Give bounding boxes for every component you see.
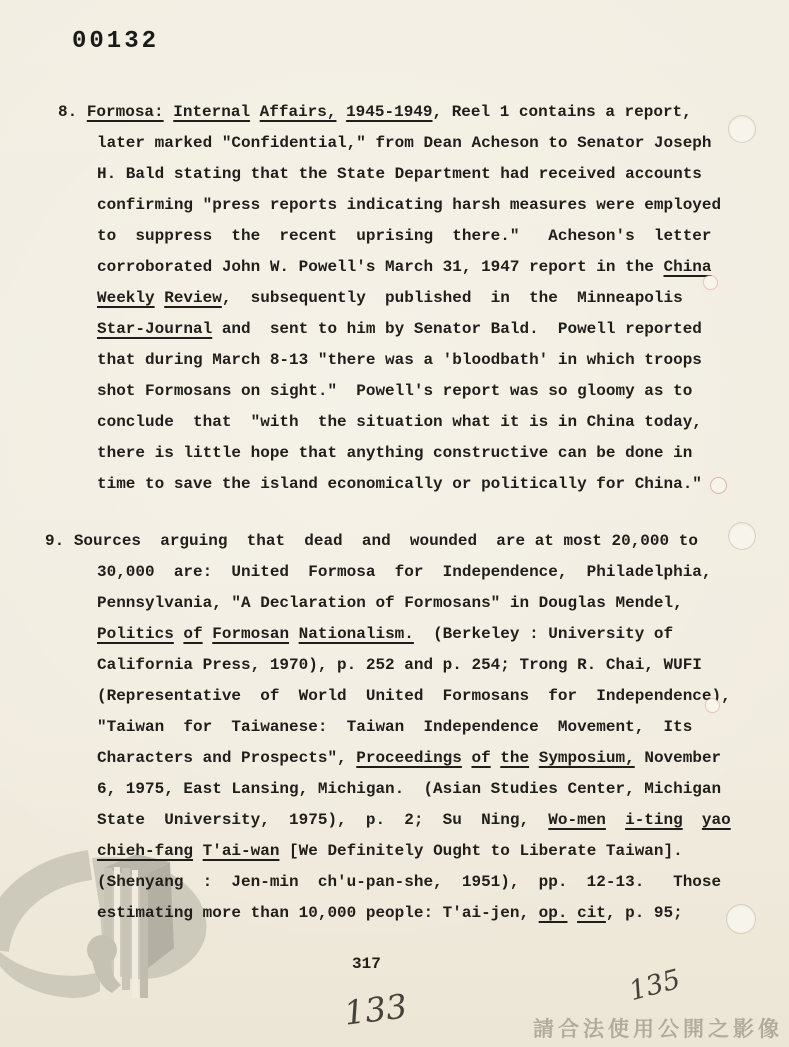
copyright-watermark-text: 請合法使用公開之影像 (533, 1013, 783, 1043)
text-line: California Press, 1970), p. 252 and p. 2… (45, 650, 748, 681)
text-line: Pennsylvania, "A Declaration of Formosan… (45, 588, 748, 619)
text-line: there is little hope that anything const… (58, 438, 748, 469)
endnote-8: 8. Formosa: Internal Affairs, 1945-1949,… (58, 97, 748, 500)
underlined-text: cit (577, 904, 606, 922)
underlined-text: the (500, 749, 529, 767)
text-line: that during March 8-13 "there was a 'blo… (58, 345, 748, 376)
text-line: Characters and Prospects", Proceedings o… (45, 743, 748, 774)
document-body: 8. Formosa: Internal Affairs, 1945-1949,… (58, 97, 748, 929)
text-segment (336, 103, 346, 121)
underlined-text: Proceedings (356, 749, 462, 767)
text-line: (Representative of World United Formosan… (45, 681, 748, 712)
text-segment: , Reel 1 contains a report, (433, 103, 692, 121)
text-line: corroborated John W. Powell's March 31, … (58, 252, 748, 283)
endnote-9: 9. Sources arguing that dead and wounded… (45, 526, 748, 929)
underlined-text: of (183, 625, 202, 643)
text-segment: Characters and Prospects", (97, 749, 356, 767)
underlined-text: yao (702, 811, 731, 829)
text-segment: that during March 8-13 "there was a 'blo… (97, 351, 702, 369)
underlined-text: Nationalism. (299, 625, 414, 643)
underlined-text: of (471, 749, 490, 767)
text-line: estimating more than 10,000 people: T'ai… (45, 898, 748, 929)
text-line: shot Formosans on sight." Powell's repor… (58, 376, 748, 407)
text-segment: State University, 1975), p. 2; Su Ning, (97, 811, 548, 829)
underlined-text: Formosan (212, 625, 289, 643)
text-segment: later marked "Confidential," from Dean A… (97, 134, 712, 152)
text-segment: shot Formosans on sight." Powell's repor… (97, 382, 692, 400)
text-segment (164, 103, 174, 121)
paper-flake (706, 699, 719, 712)
underlined-text: op. (539, 904, 568, 922)
text-segment: corroborated John W. Powell's March 31, … (97, 258, 664, 276)
text-segment: Pennsylvania, "A Declaration of Formosan… (97, 594, 683, 612)
text-segment: H. Bald stating that the State Departmen… (97, 165, 702, 183)
punch-hole (727, 905, 755, 933)
text-segment: "Taiwan for Taiwanese: Taiwan Independen… (97, 718, 692, 736)
text-segment: confirming "press reports indicating har… (97, 196, 721, 214)
text-segment (193, 842, 203, 860)
text-line: chieh-fang T'ai-wan [We Definitely Ought… (45, 836, 748, 867)
text-segment (203, 625, 213, 643)
text-line: H. Bald stating that the State Departmen… (58, 159, 748, 190)
underlined-text: Internal (173, 103, 250, 121)
punch-hole (729, 523, 755, 549)
underlined-text: Formosa: (87, 103, 164, 121)
underlined-text: Wo-men (548, 811, 606, 829)
text-segment: there is little hope that anything const… (97, 444, 692, 462)
text-segment (155, 289, 165, 307)
text-segment: time to save the island economically or … (97, 475, 702, 493)
underlined-text: 1945-1949 (346, 103, 432, 121)
text-segment: (Representative of World United Formosan… (97, 687, 731, 705)
underlined-text: China (664, 258, 712, 276)
text-segment (606, 811, 625, 829)
text-segment: conclude that "with the situation what i… (97, 413, 702, 431)
text-segment (289, 625, 299, 643)
text-segment: to suppress the recent uprising there." … (97, 227, 712, 245)
text-line: Star-Journal and sent to him by Senator … (58, 314, 748, 345)
text-segment: Sources arguing that dead and wounded ar… (74, 532, 698, 550)
text-segment (491, 749, 501, 767)
text-segment: and sent to him by Senator Bald. Powell … (212, 320, 702, 338)
paper-flake (704, 276, 717, 289)
underlined-text: Review (164, 289, 222, 307)
text-line: conclude that "with the situation what i… (58, 407, 748, 438)
text-segment (174, 625, 184, 643)
text-line: confirming "press reports indicating har… (58, 190, 748, 221)
text-line: 9. Sources arguing that dead and wounded… (45, 526, 748, 557)
text-segment: (Berkeley : University of (414, 625, 673, 643)
text-line: State University, 1975), p. 2; Su Ning, … (45, 805, 748, 836)
text-line: 30,000 are: United Formosa for Independe… (45, 557, 748, 588)
scanned-document-page: 00132 8. Formosa: Internal Affairs, 1945… (0, 0, 789, 1047)
text-line: 6, 1975, East Lansing, Michigan. (Asian … (45, 774, 748, 805)
text-line: time to save the island economically or … (58, 469, 748, 500)
endnote-number: 9. (45, 532, 74, 550)
underlined-text: chieh-fang (97, 842, 193, 860)
text-segment (250, 103, 260, 121)
text-line: 8. Formosa: Internal Affairs, 1945-1949,… (58, 97, 748, 128)
underlined-text: Affairs, (260, 103, 337, 121)
handwritten-number-right: 135 (626, 964, 684, 1007)
text-line: (Shenyang : Jen-min ch'u-pan-she, 1951),… (45, 867, 748, 898)
text-segment: California Press, 1970), p. 252 and p. 2… (97, 656, 702, 674)
handwritten-number-center: 133 (342, 986, 409, 1032)
text-segment (529, 749, 539, 767)
underlined-text: i-ting (625, 811, 683, 829)
underlined-text: Politics (97, 625, 174, 643)
punch-hole (729, 116, 755, 142)
text-line: Politics of Formosan Nationalism. (Berke… (45, 619, 748, 650)
text-segment: [We Definitely Ought to Liberate Taiwan]… (279, 842, 682, 860)
text-segment: 30,000 are: United Formosa for Independe… (97, 563, 712, 581)
endnote-number: 8. (58, 103, 87, 121)
text-segment (683, 811, 702, 829)
text-segment (567, 904, 577, 922)
underlined-text: Symposium, (539, 749, 635, 767)
text-segment: , subsequently published in the Minneapo… (222, 289, 683, 307)
archive-stamp-number: 00132 (72, 28, 159, 55)
text-line: Weekly Review, subsequently published in… (58, 283, 748, 314)
text-segment: , p. 95; (606, 904, 683, 922)
text-line: "Taiwan for Taiwanese: Taiwan Independen… (45, 712, 748, 743)
underlined-text: Star-Journal (97, 320, 212, 338)
text-segment: 6, 1975, East Lansing, Michigan. (Asian … (97, 780, 721, 798)
underlined-text: T'ai-wan (203, 842, 280, 860)
text-segment: November (635, 749, 721, 767)
text-line: to suppress the recent uprising there." … (58, 221, 748, 252)
paper-ring-mark (710, 477, 727, 494)
underlined-text: Weekly (97, 289, 155, 307)
text-line: later marked "Confidential," from Dean A… (58, 128, 748, 159)
page-number: 317 (352, 955, 381, 973)
text-segment: estimating more than 10,000 people: T'ai… (97, 904, 539, 922)
text-segment: (Shenyang : Jen-min ch'u-pan-she, 1951),… (97, 873, 721, 891)
